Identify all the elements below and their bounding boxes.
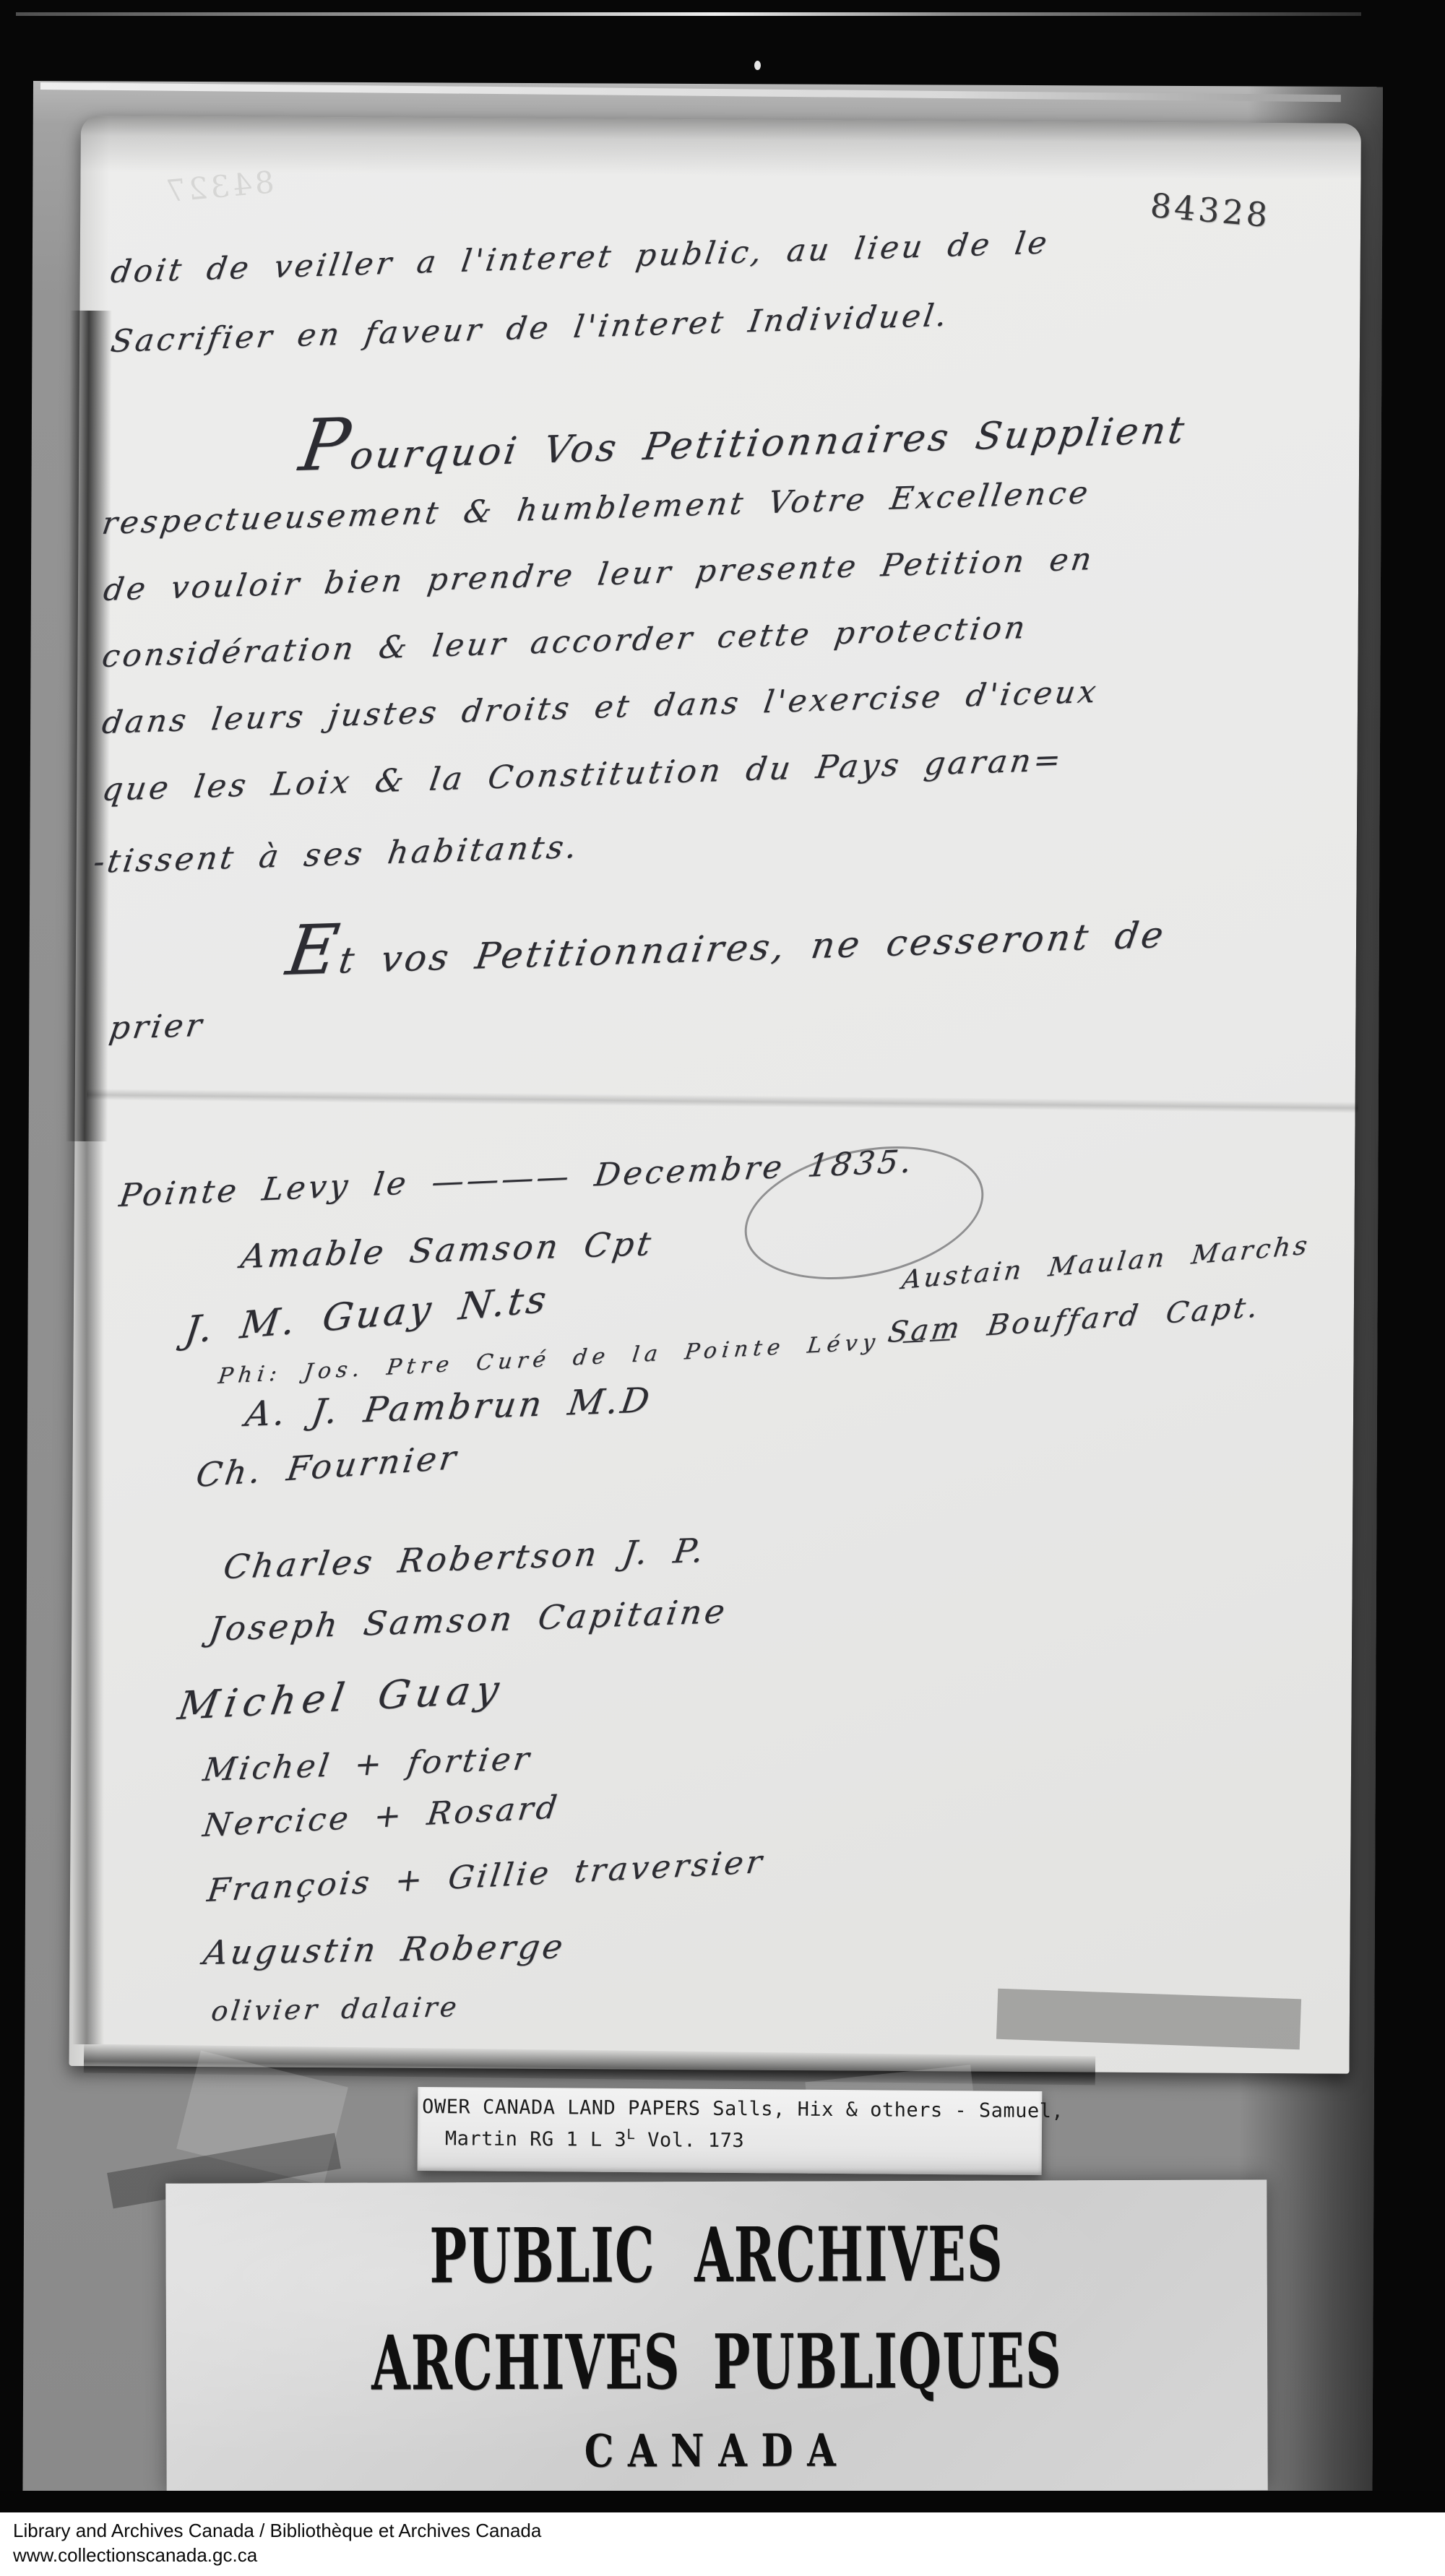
signature: Augustin Roberge <box>201 1927 569 1972</box>
stamp-line-archives-publiques: ARCHIVES PUBLIQUES <box>353 2316 1080 2408</box>
label-reference-sup: L <box>626 2126 635 2143</box>
fold-shadow <box>996 1989 1301 2050</box>
petition-line: prier <box>107 1007 207 1047</box>
label-line-2: Martin RG 1 L 3L Vol. 173 <box>445 2125 745 2152</box>
stamp-line-public-archives: PUBLIC ARCHIVES <box>353 2209 1079 2301</box>
scan-edge-line <box>16 12 1361 16</box>
dust-speck <box>754 61 761 70</box>
footer-url-text: www.collectionscanada.gc.ca <box>13 2544 257 2567</box>
scanned-document-page: 84327 84328 doit de veiller a l'interet … <box>0 0 1445 2576</box>
scan-bottom-edge <box>0 2491 1445 2512</box>
public-archives-stamp-board: PUBLIC ARCHIVES ARCHIVES PUBLIQUES CANAD… <box>165 2179 1267 2494</box>
label-volume: Vol. 173 <box>635 2129 744 2152</box>
label-line-1: OWER CANADA LAND PAPERS Salls, Hix & oth… <box>422 2096 1064 2122</box>
footer-institution-text: Library and Archives Canada / Bibliothèq… <box>13 2520 541 2542</box>
stamp-line-canada: CANADA <box>266 2423 1169 2478</box>
footer-credit-band: Library and Archives Canada / Bibliothèq… <box>0 2512 1445 2576</box>
signature: olivier dalaire <box>210 1991 461 2027</box>
archival-reference-label: OWER CANADA LAND PAPERS Salls, Hix & oth… <box>418 2087 1043 2175</box>
gutter-shadow-lower <box>72 1141 104 2044</box>
label-reference: Martin RG 1 L 3 <box>445 2127 627 2151</box>
